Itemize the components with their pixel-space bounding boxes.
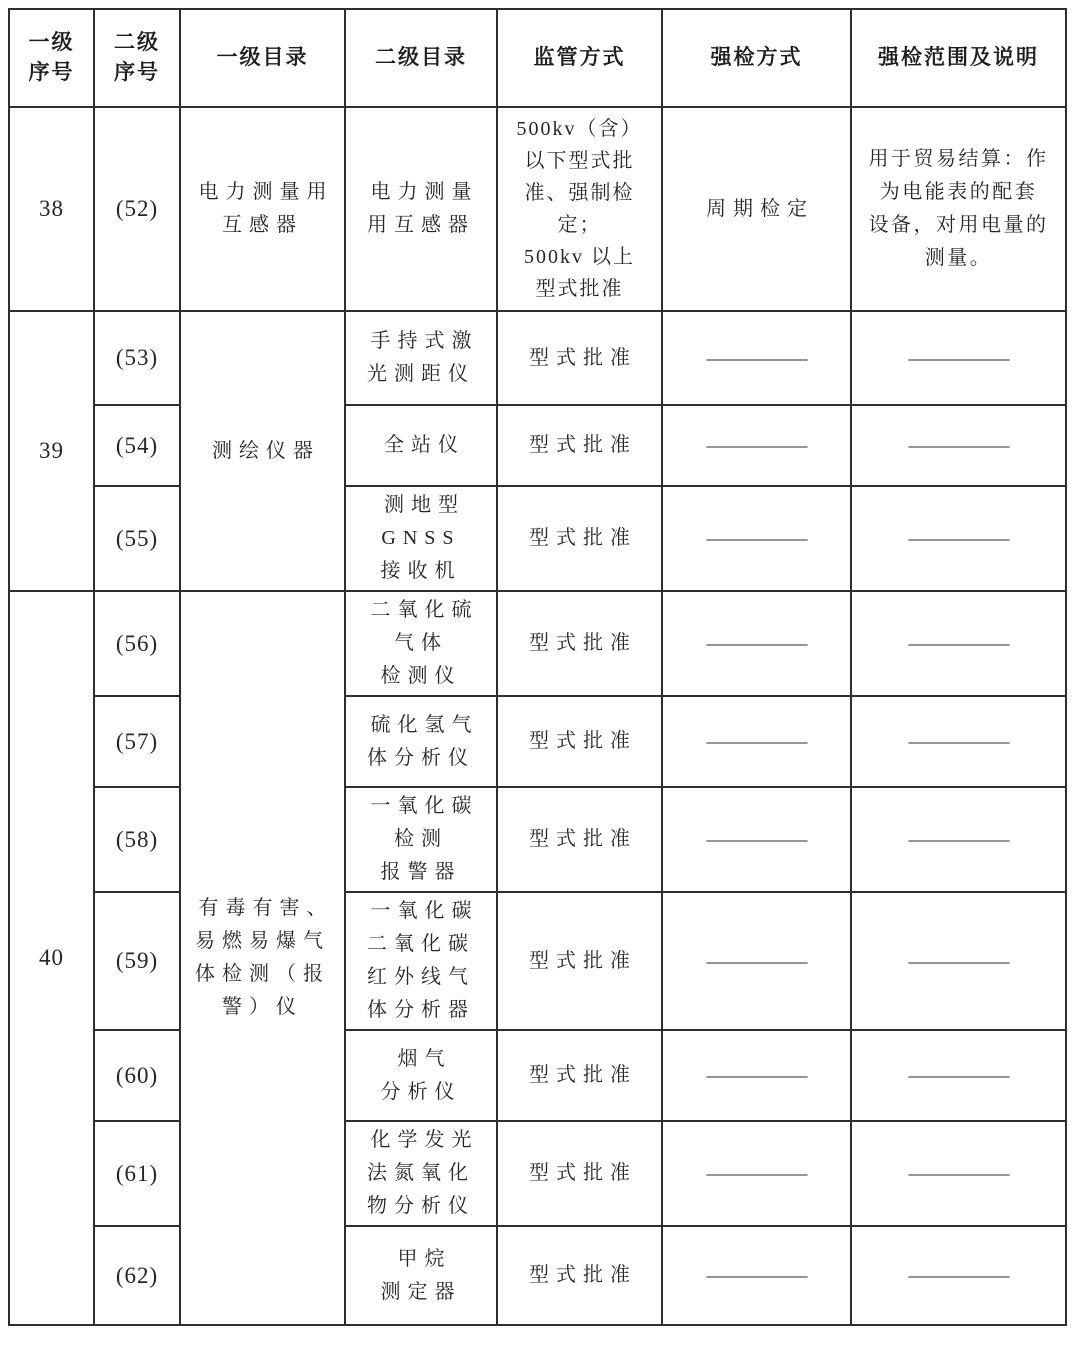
level2-serial-cell: (56) bbox=[94, 591, 180, 696]
level2-catalog-cell: 二氧化硫 气体 检测仪 bbox=[345, 591, 497, 696]
scope-cell: ————— bbox=[851, 591, 1066, 696]
header-supervision-mode: 监管方式 bbox=[497, 9, 662, 107]
header-scope-description: 强检范围及说明 bbox=[851, 9, 1066, 107]
level2-serial-cell: (52) bbox=[94, 107, 180, 311]
dash-line: ————— bbox=[707, 949, 807, 974]
table-row: (58) 一氧化碳 检测 报警器 型式批准 ————— ————— bbox=[9, 787, 1066, 892]
compulsory-inspection-catalog-table: 一级 序号 二级 序号 一级目录 二级目录 监管方式 强检方式 强检范围及说明 … bbox=[8, 8, 1067, 1326]
inspection-cell: ————— bbox=[662, 696, 851, 787]
table-row: 38 (52) 电力测量用 互感器 电力测量 用互感器 500kv（含） 以下型… bbox=[9, 107, 1066, 311]
table-row: 39 (53) 测绘仪器 手持式激 光测距仪 型式批准 ————— ————— bbox=[9, 311, 1066, 405]
scope-cell: ————— bbox=[851, 405, 1066, 486]
dash-line: ————— bbox=[909, 631, 1009, 656]
level1-catalog-cell: 电力测量用 互感器 bbox=[180, 107, 345, 311]
header-inspection-mode: 强检方式 bbox=[662, 9, 851, 107]
dash-line: ————— bbox=[707, 631, 807, 656]
dash-line: ————— bbox=[909, 433, 1009, 458]
dash-line: ————— bbox=[707, 1161, 807, 1186]
level2-serial-cell: (55) bbox=[94, 486, 180, 591]
header-level1-catalog: 一级目录 bbox=[180, 9, 345, 107]
level2-catalog-cell: 硫化氢气 体分析仪 bbox=[345, 696, 497, 787]
level2-catalog-cell: 烟气 分析仪 bbox=[345, 1030, 497, 1121]
level1-serial-cell: 39 bbox=[9, 311, 94, 591]
dash-line: ————— bbox=[707, 346, 807, 371]
inspection-cell: ————— bbox=[662, 1226, 851, 1325]
level1-catalog-cell: 测绘仪器 bbox=[180, 311, 345, 591]
level2-catalog-cell: 电力测量 用互感器 bbox=[345, 107, 497, 311]
level2-serial-cell: (58) bbox=[94, 787, 180, 892]
inspection-cell: ————— bbox=[662, 787, 851, 892]
dash-line: ————— bbox=[707, 827, 807, 852]
inspection-cell: ————— bbox=[662, 892, 851, 1030]
supervision-cell: 型式批准 bbox=[497, 1121, 662, 1226]
dash-line: ————— bbox=[909, 729, 1009, 754]
level1-serial-cell: 38 bbox=[9, 107, 94, 311]
supervision-cell: 型式批准 bbox=[497, 486, 662, 591]
level2-serial-cell: (54) bbox=[94, 405, 180, 486]
supervision-cell: 型式批准 bbox=[497, 311, 662, 405]
table-row: (54) 全站仪 型式批准 ————— ————— bbox=[9, 405, 1066, 486]
inspection-cell: ————— bbox=[662, 591, 851, 696]
supervision-cell: 型式批准 bbox=[497, 696, 662, 787]
scope-cell: ————— bbox=[851, 787, 1066, 892]
dash-line: ————— bbox=[707, 1263, 807, 1288]
supervision-cell: 型式批准 bbox=[497, 591, 662, 696]
level2-serial-cell: (57) bbox=[94, 696, 180, 787]
supervision-cell: 型式批准 bbox=[497, 405, 662, 486]
scope-cell: ————— bbox=[851, 1226, 1066, 1325]
table-row: 40 (56) 有毒有害、 易燃易爆气 体检测（报 警）仪 二氧化硫 气体 检测… bbox=[9, 591, 1066, 696]
inspection-cell: ————— bbox=[662, 1030, 851, 1121]
dash-line: ————— bbox=[909, 949, 1009, 974]
level2-catalog-cell: 全站仪 bbox=[345, 405, 497, 486]
dash-line: ————— bbox=[707, 1063, 807, 1088]
level2-serial-cell: (53) bbox=[94, 311, 180, 405]
scope-cell: ————— bbox=[851, 1121, 1066, 1226]
table-row: (57) 硫化氢气 体分析仪 型式批准 ————— ————— bbox=[9, 696, 1066, 787]
level2-catalog-cell: 化学发光 法氮氧化 物分析仪 bbox=[345, 1121, 497, 1226]
dash-line: ————— bbox=[909, 346, 1009, 371]
inspection-cell: ————— bbox=[662, 1121, 851, 1226]
level2-catalog-cell: 一氧化碳 二氧化碳 红外线气 体分析器 bbox=[345, 892, 497, 1030]
dash-line: ————— bbox=[707, 526, 807, 551]
inspection-cell: 周期检定 bbox=[662, 107, 851, 311]
level2-catalog-cell: 手持式激 光测距仪 bbox=[345, 311, 497, 405]
supervision-cell: 型式批准 bbox=[497, 892, 662, 1030]
dash-line: ————— bbox=[909, 526, 1009, 551]
table-row: (59) 一氧化碳 二氧化碳 红外线气 体分析器 型式批准 ————— ————… bbox=[9, 892, 1066, 1030]
document-page: 一级 序号 二级 序号 一级目录 二级目录 监管方式 强检方式 强检范围及说明 … bbox=[0, 0, 1080, 1360]
supervision-cell: 型式批准 bbox=[497, 787, 662, 892]
header-level2-catalog: 二级目录 bbox=[345, 9, 497, 107]
supervision-cell: 500kv（含） 以下型式批 准、强制检 定； 500kv 以上 型式批准 bbox=[497, 107, 662, 311]
scope-cell: ————— bbox=[851, 311, 1066, 405]
dash-line: ————— bbox=[707, 729, 807, 754]
supervision-cell: 型式批准 bbox=[497, 1226, 662, 1325]
inspection-cell: ————— bbox=[662, 486, 851, 591]
dash-line: ————— bbox=[909, 1063, 1009, 1088]
inspection-cell: ————— bbox=[662, 405, 851, 486]
table-row: (60) 烟气 分析仪 型式批准 ————— ————— bbox=[9, 1030, 1066, 1121]
scope-cell: ————— bbox=[851, 696, 1066, 787]
table-row: (61) 化学发光 法氮氧化 物分析仪 型式批准 ————— ————— bbox=[9, 1121, 1066, 1226]
scope-cell: ————— bbox=[851, 1030, 1066, 1121]
level2-serial-cell: (61) bbox=[94, 1121, 180, 1226]
level1-serial-cell: 40 bbox=[9, 591, 94, 1325]
scope-cell: 用于贸易结算：作 为电能表的配套 设备，对用电量的 测量。 bbox=[851, 107, 1066, 311]
level2-catalog-cell: 一氧化碳 检测 报警器 bbox=[345, 787, 497, 892]
header-level1-serial: 一级 序号 bbox=[9, 9, 94, 107]
supervision-cell: 型式批准 bbox=[497, 1030, 662, 1121]
table-row: (55) 测地型 GNSS 接收机 型式批准 ————— ————— bbox=[9, 486, 1066, 591]
dash-line: ————— bbox=[707, 433, 807, 458]
dash-line: ————— bbox=[909, 1263, 1009, 1288]
level2-serial-cell: (59) bbox=[94, 892, 180, 1030]
inspection-cell: ————— bbox=[662, 311, 851, 405]
scope-cell: ————— bbox=[851, 486, 1066, 591]
header-level2-serial: 二级 序号 bbox=[94, 9, 180, 107]
dash-line: ————— bbox=[909, 1161, 1009, 1186]
level2-catalog-cell: 甲烷 测定器 bbox=[345, 1226, 497, 1325]
level2-serial-cell: (62) bbox=[94, 1226, 180, 1325]
level2-catalog-cell: 测地型 GNSS 接收机 bbox=[345, 486, 497, 591]
scope-cell: ————— bbox=[851, 892, 1066, 1030]
table-row: (62) 甲烷 测定器 型式批准 ————— ————— bbox=[9, 1226, 1066, 1325]
table-header-row: 一级 序号 二级 序号 一级目录 二级目录 监管方式 强检方式 强检范围及说明 bbox=[9, 9, 1066, 107]
dash-line: ————— bbox=[909, 827, 1009, 852]
level2-serial-cell: (60) bbox=[94, 1030, 180, 1121]
level1-catalog-cell: 有毒有害、 易燃易爆气 体检测（报 警）仪 bbox=[180, 591, 345, 1325]
